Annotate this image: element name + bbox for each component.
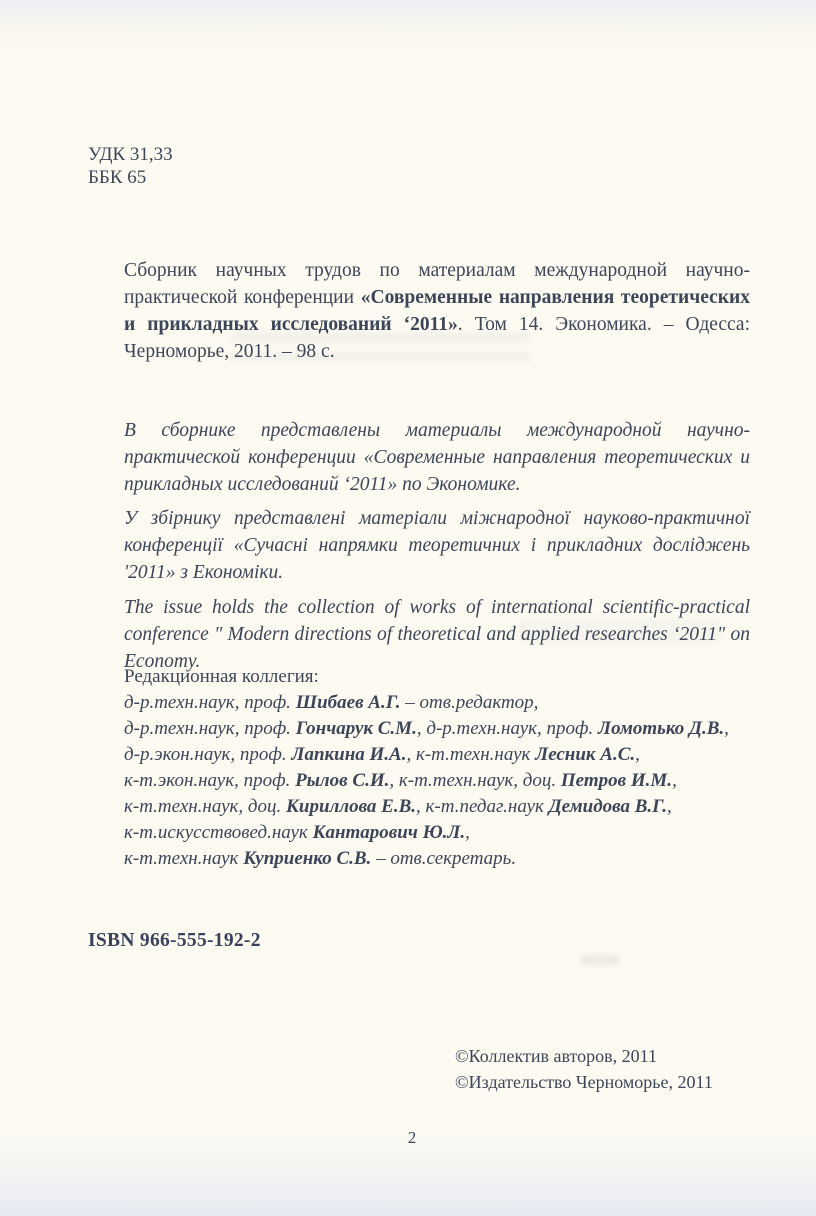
text-segment: к-т.техн.наук, доц. bbox=[124, 796, 286, 817]
isbn: ISBN 966-555-192-2 bbox=[88, 930, 261, 952]
text-segment: , bbox=[724, 718, 729, 739]
text-segment: , bbox=[635, 744, 640, 765]
text-segment: д-р.экон.наук, проф. bbox=[124, 744, 291, 765]
text-segment: Лесник А.С. bbox=[535, 744, 635, 765]
editorial-board-member-line: к-т.техн.наук, доц. Кириллова Е.В., к-т.… bbox=[124, 794, 764, 820]
text-segment: Шибаев А.Г. bbox=[296, 692, 401, 713]
editorial-board-member-line: д-р.техн.наук, проф. Гончарук С.М., д-р.… bbox=[124, 716, 764, 742]
classification-codes: УДК 31,33 ББК 65 bbox=[88, 143, 173, 189]
text-segment: Куприенко С.В. bbox=[243, 848, 371, 869]
abstract-english: The issue holds the collection of works … bbox=[124, 594, 750, 675]
text-segment: , к-т.техн.наук, доц. bbox=[389, 770, 561, 791]
text-segment: , bbox=[465, 822, 470, 843]
text-segment: – отв.секретарь. bbox=[371, 848, 516, 869]
editorial-board: Редакционная коллегия: д-р.техн.наук, пр… bbox=[124, 664, 764, 872]
text-segment: , к-т.педаг.наук bbox=[416, 796, 549, 817]
copyright-publisher: ©Издательство Черноморье, 2011 bbox=[455, 1069, 713, 1095]
text-segment: к-т.искусствовед.наук bbox=[124, 822, 313, 843]
imprint-paragraph: Сборник научных трудов по материалам меж… bbox=[124, 257, 750, 365]
text-segment: В сборнике представлены материалы междун… bbox=[124, 420, 750, 495]
text-segment: к-т.экон.наук, проф. bbox=[124, 770, 295, 791]
abstract-ukrainian: У збірнику представлені матеріали міжнар… bbox=[124, 505, 750, 586]
page-number: 2 bbox=[0, 1128, 816, 1148]
scanned-book-page: УДК 31,33 ББК 65 Сборник научных трудов … bbox=[0, 0, 816, 1216]
text-segment: д-р.техн.наук, проф. bbox=[124, 692, 296, 713]
udk-code: УДК 31,33 bbox=[88, 143, 173, 166]
text-segment: , к-т.техн.наук bbox=[406, 744, 535, 765]
editorial-board-list: д-р.техн.наук, проф. Шибаев А.Г. – отв.р… bbox=[124, 690, 764, 872]
editorial-board-title: Редакционная коллегия: bbox=[124, 664, 764, 690]
text-segment: Кириллова Е.В. bbox=[286, 796, 416, 817]
text-segment: Гончарук С.М. bbox=[296, 718, 417, 739]
text-segment: Петров И.М. bbox=[561, 770, 672, 791]
editorial-board-member-line: к-т.экон.наук, проф. Рылов С.И., к-т.тех… bbox=[124, 768, 764, 794]
text-segment: Лапкина И.А. bbox=[291, 744, 406, 765]
abstract-russian: В сборнике представлены материалы междун… bbox=[124, 417, 750, 498]
editorial-board-member-line: к-т.техн.наук Куприенко С.В. – отв.секре… bbox=[124, 846, 764, 872]
text-segment: Рылов С.И. bbox=[295, 770, 389, 791]
text-segment: Демидова В.Г. bbox=[549, 796, 667, 817]
text-segment: The issue holds the collection of works … bbox=[124, 597, 750, 672]
text-segment: д-р.техн.наук, проф. bbox=[124, 718, 296, 739]
editorial-board-member-line: д-р.экон.наук, проф. Лапкина И.А., к-т.т… bbox=[124, 742, 764, 768]
bbk-code: ББК 65 bbox=[88, 166, 173, 189]
text-segment: Ломотько Д.В. bbox=[598, 718, 724, 739]
copyright-authors: ©Коллектив авторов, 2011 bbox=[455, 1043, 713, 1069]
text-segment: Кантарович Ю.Л. bbox=[313, 822, 466, 843]
editorial-board-member-line: к-т.искусствовед.наук Кантарович Ю.Л., bbox=[124, 820, 764, 846]
text-segment: , д-р.техн.наук, проф. bbox=[417, 718, 598, 739]
copyright-block: ©Коллектив авторов, 2011 ©Издательство Ч… bbox=[455, 1043, 713, 1095]
scan-speck-artifact bbox=[580, 955, 620, 965]
text-segment: , bbox=[672, 770, 677, 791]
text-segment: У збірнику представлені матеріали міжнар… bbox=[124, 508, 750, 583]
editorial-board-member-line: д-р.техн.наук, проф. Шибаев А.Г. – отв.р… bbox=[124, 690, 764, 716]
text-segment: , bbox=[667, 796, 672, 817]
text-segment: к-т.техн.наук bbox=[124, 848, 243, 869]
text-segment: – отв.редактор, bbox=[401, 692, 539, 713]
